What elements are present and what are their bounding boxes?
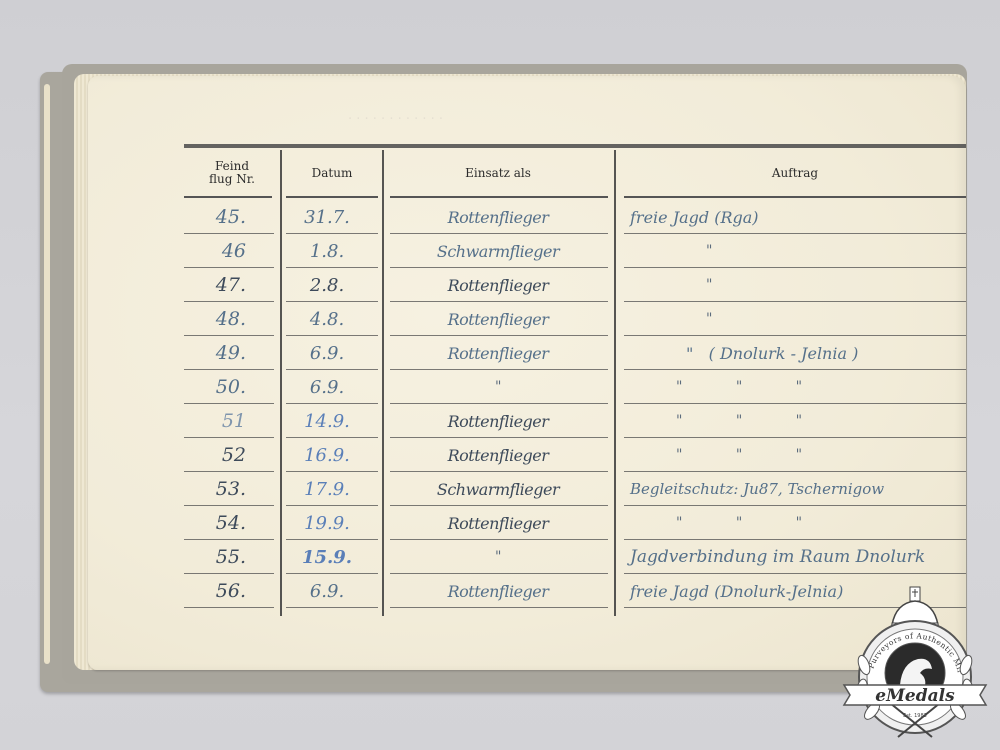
flight-number: 51 (184, 404, 280, 438)
flight-role: Rottenflieger (384, 506, 612, 540)
flight-number: 52 (184, 438, 280, 472)
flight-mission: " " " (616, 404, 966, 438)
flight-mission: " (616, 302, 966, 336)
flight-date: 6.9. (282, 574, 382, 608)
flight-number: 54. (184, 506, 280, 540)
table-row: 54. 19.9. Rottenflieger " " " (184, 506, 966, 540)
flight-date: 2.8. (282, 268, 382, 302)
table-row: 45. 31.7. Rottenflieger freie Jagd (Rga) (184, 200, 966, 234)
flight-number: 56. (184, 574, 280, 608)
flight-number: 53. (184, 472, 280, 506)
flight-date: 1.8. (282, 234, 382, 268)
flight-role: Rottenflieger (384, 404, 612, 438)
bleed-through-text: · · · · · · · · · · · · (348, 112, 443, 127)
brand-name: eMedals (875, 686, 955, 706)
flight-mission: " (616, 234, 966, 268)
flight-number: 50. (184, 370, 280, 404)
flight-role: " (384, 370, 612, 404)
flight-number: 55. (184, 540, 280, 574)
table-row: 47. 2.8. Rottenflieger " (184, 268, 966, 302)
flight-date: 6.9. (282, 336, 382, 370)
row-rule (184, 607, 274, 609)
header-rule (286, 196, 378, 198)
table-top-rule (184, 144, 966, 148)
flight-role: Rottenflieger (384, 200, 612, 234)
table-row: 48. 4.8. Rottenflieger " (184, 302, 966, 336)
row-rule (390, 607, 608, 609)
table-row: 49. 6.9. Rottenflieger " ( Dnolurk - Jel… (184, 336, 966, 370)
flight-date: 19.9. (282, 506, 382, 540)
flight-role: Schwarmflieger (384, 472, 612, 506)
flight-role: Schwarmflieger (384, 234, 612, 268)
table-row: 46 1.8. Schwarmflieger " (184, 234, 966, 268)
header-auftrag: Auftrag (616, 150, 966, 196)
header-rule (390, 196, 608, 198)
header-feindflug-nr: Feind flug Nr. (184, 150, 280, 196)
flight-role: Rottenflieger (384, 574, 612, 608)
logbook-page: · · · · · · · · · · · · Feind flug Nr. D… (88, 76, 966, 670)
flight-date: 31.7. (282, 200, 382, 234)
table-row: 52 16.9. Rottenflieger " " " (184, 438, 966, 472)
flight-mission: " (616, 268, 966, 302)
flight-mission: Jagdverbindung im Raum Dnolurk (616, 540, 966, 574)
flight-date: 4.8. (282, 302, 382, 336)
row-rule (286, 607, 378, 609)
flight-date: 6.9. (282, 370, 382, 404)
header-datum: Datum (282, 150, 382, 196)
table-header-row: Feind flug Nr. Datum Einsatz als Auftrag (184, 150, 966, 196)
flight-date: 17.9. (282, 472, 382, 506)
header-rule (184, 196, 272, 198)
flight-number: 45. (184, 200, 280, 234)
flight-date: 15.9. (282, 540, 382, 574)
flight-role: Rottenflieger (384, 336, 612, 370)
flight-role: Rottenflieger (384, 302, 612, 336)
flight-number: 48. (184, 302, 280, 336)
table-row: 55. 15.9. " Jagdverbindung im Raum Dnolu… (184, 540, 966, 574)
flight-role: Rottenflieger (384, 438, 612, 472)
flight-role: " (384, 540, 612, 574)
flight-date: 14.9. (282, 404, 382, 438)
flight-number: 49. (184, 336, 280, 370)
table-row: 50. 6.9. " " " " (184, 370, 966, 404)
flight-date: 16.9. (282, 438, 382, 472)
flight-mission: freie Jagd (Rga) (616, 200, 966, 234)
flight-mission: " " " (616, 370, 966, 404)
page-edge (44, 84, 50, 664)
flight-number: 47. (184, 268, 280, 302)
flight-mission: Begleitschutz: Ju87, Tschernigow (616, 472, 966, 506)
flight-mission: " ( Dnolurk - Jelnia ) (616, 336, 966, 370)
flight-role: Rottenflieger (384, 268, 612, 302)
header-einsatz-als: Einsatz als (384, 150, 612, 196)
emedals-watermark-logo: Purveyors of Authentic Militaria eMedals… (840, 585, 990, 745)
header-rule (624, 196, 966, 198)
flight-number: 46 (184, 234, 280, 268)
table-row: 53. 17.9. Schwarmflieger Begleitschutz: … (184, 472, 966, 506)
table-row: 51 14.9. Rottenflieger " " " (184, 404, 966, 438)
flight-mission: " " " (616, 506, 966, 540)
flight-mission: " " " (616, 438, 966, 472)
established-text: Est. 1983 (903, 713, 927, 719)
